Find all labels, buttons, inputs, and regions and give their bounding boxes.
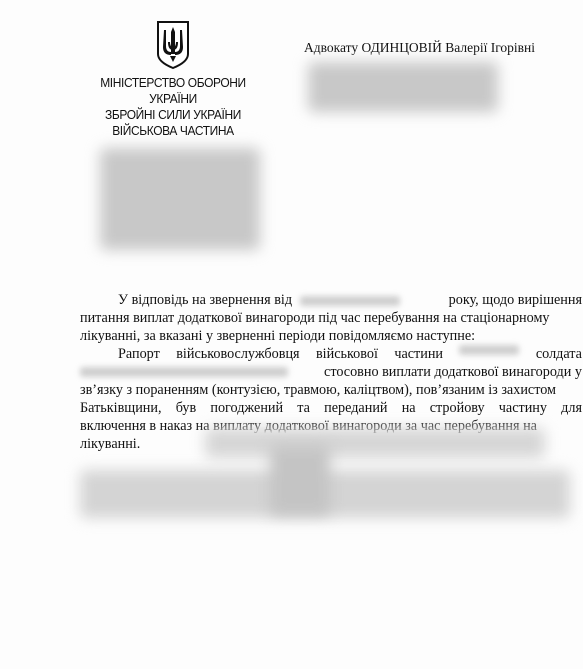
body-line: У відповідь на звернення від року, щодо … bbox=[80, 291, 582, 309]
redacted-unit-number bbox=[459, 345, 519, 355]
body-line: стосовно виплати додаткової винагороди у bbox=[80, 363, 582, 381]
body-word: Батьківщини, bbox=[80, 399, 162, 417]
body-word: солдата bbox=[536, 345, 582, 363]
body-text-fragment: У відповідь на звернення від bbox=[118, 292, 292, 308]
org-military-unit-line: ВІЙСЬКОВА ЧАСТИНА bbox=[69, 123, 277, 139]
body-text-fragment: стосовно виплати додаткової винагороди у bbox=[324, 363, 582, 381]
body-line: питання виплат додаткової винагороди під… bbox=[80, 309, 582, 327]
body-line: лікуванні, за вказані у зверненні період… bbox=[80, 327, 582, 345]
body-word: переданий bbox=[324, 399, 387, 417]
body-word: на bbox=[402, 399, 416, 417]
body-word: для bbox=[561, 399, 582, 417]
redacted-outgoing-number bbox=[100, 148, 260, 250]
body-line: Батьківщини, був погоджений та переданий… bbox=[80, 399, 582, 417]
body-text-fragment: року, щодо вирішення bbox=[449, 291, 582, 309]
org-country-line: УКРАЇНИ bbox=[69, 91, 277, 107]
redacted-request-date bbox=[300, 296, 400, 306]
org-ministry-line: МІНІСТЕРСТВО ОБОРОНИ bbox=[69, 75, 277, 91]
body-word: стройову bbox=[430, 399, 485, 417]
body-word: військовослужбовця bbox=[176, 345, 299, 363]
body-word: частину bbox=[499, 399, 547, 417]
body-word: погоджений bbox=[210, 399, 283, 417]
body-line: зв’язку з пораненням (контузією, травмою… bbox=[80, 381, 582, 399]
tryzub-coat-of-arms-icon bbox=[155, 20, 191, 70]
redacted-signature-top bbox=[205, 428, 545, 458]
body-word: був bbox=[176, 399, 196, 417]
body-word: частини bbox=[394, 345, 443, 363]
body-word: Рапорт bbox=[118, 345, 160, 363]
body-line: Рапорт військовослужбовця військової час… bbox=[80, 345, 582, 363]
redacted-soldier-name bbox=[80, 367, 288, 377]
addressee: Адвокату ОДИНЦОВІЙ Валерії Ігорівні bbox=[304, 40, 535, 56]
org-armed-forces-line: ЗБРОЙНІ СИЛИ УКРАЇНИ bbox=[69, 107, 277, 123]
body-word: та bbox=[297, 399, 310, 417]
redacted-addressee-address bbox=[308, 62, 498, 112]
redacted-signature-mark bbox=[270, 445, 330, 515]
body-word: військової bbox=[316, 345, 378, 363]
